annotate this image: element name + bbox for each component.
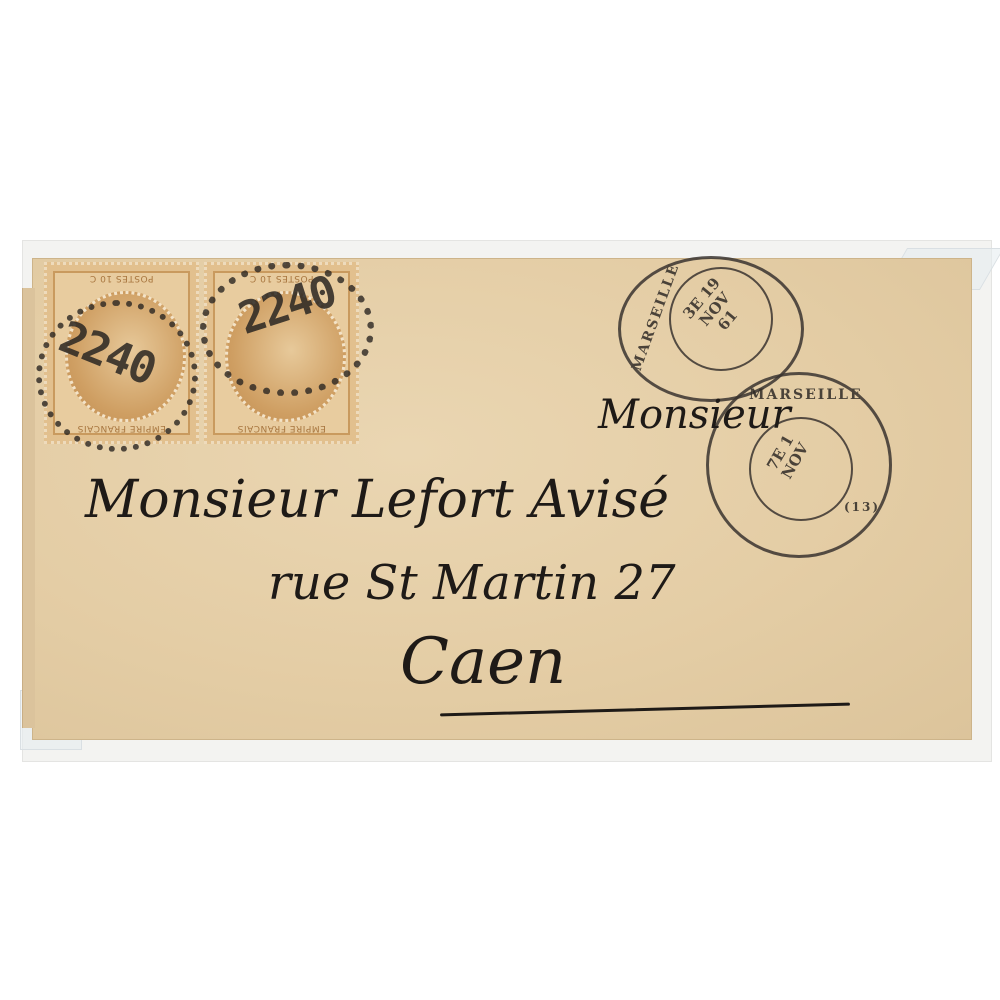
address-city: Caen — [400, 625, 566, 699]
address-salutation: Monsieur — [598, 392, 791, 438]
envelope-fold — [22, 288, 35, 728]
postmark-dept: (13) — [844, 500, 880, 514]
stamp-value-label: POSTES 10 C — [57, 273, 186, 283]
address-line-street: rue St Martin 27 — [268, 555, 676, 611]
address-line-name: Monsieur Lefort Avisé — [85, 470, 669, 530]
stamp-country-label: EMPIRE FRANCAIS — [217, 423, 346, 433]
